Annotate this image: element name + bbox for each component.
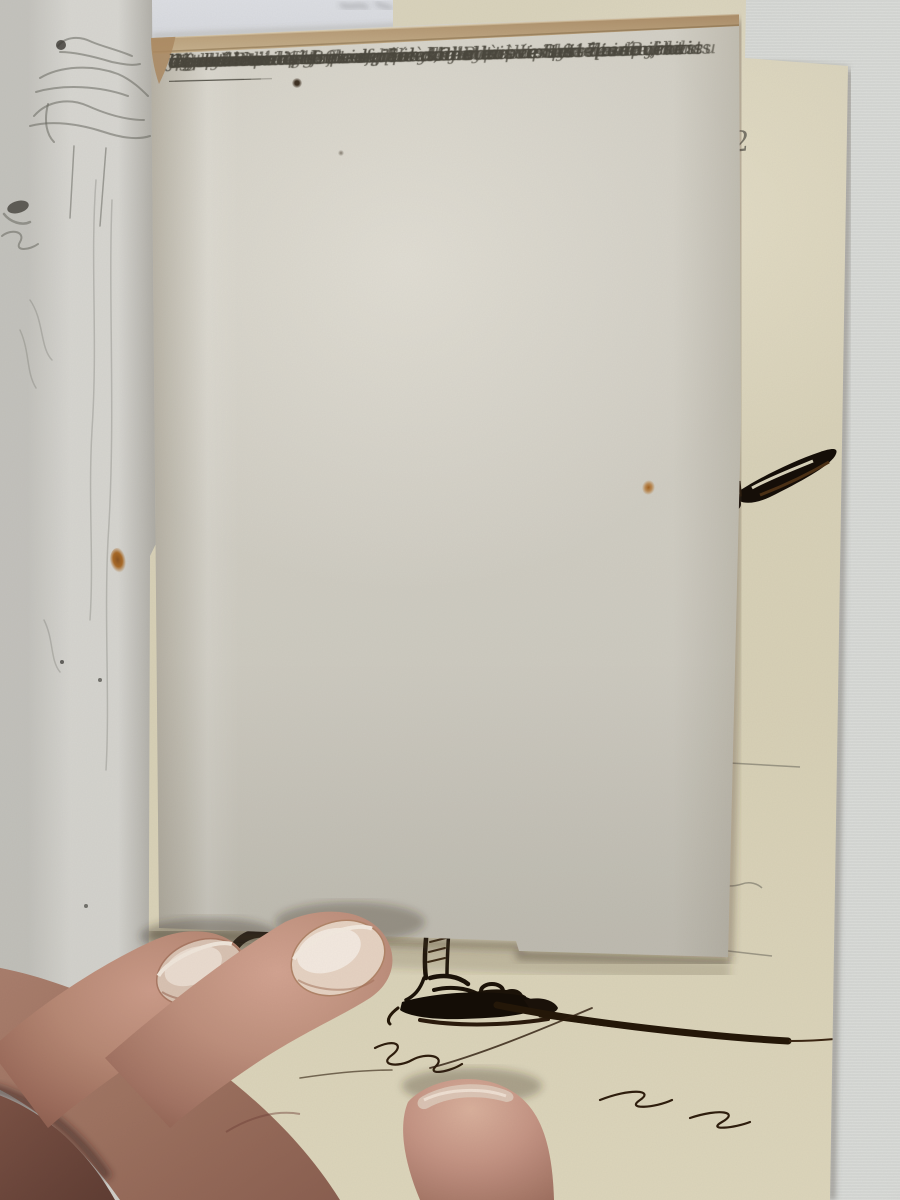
photograph-of-manuscript-book: 2 — [0, 0, 900, 1200]
hand — [0, 0, 900, 1200]
